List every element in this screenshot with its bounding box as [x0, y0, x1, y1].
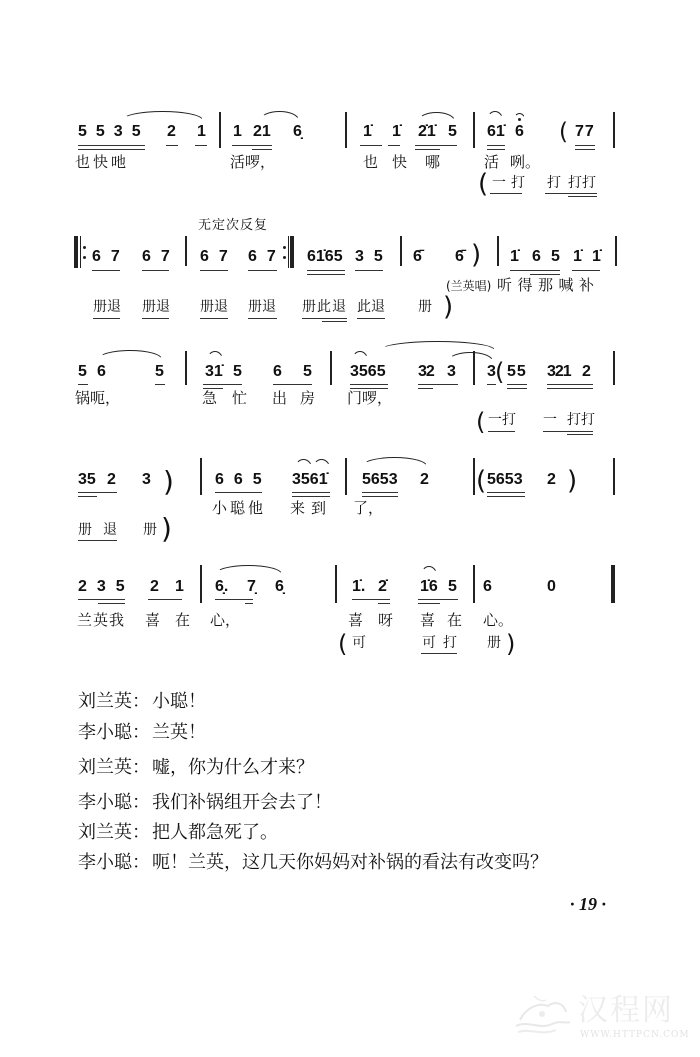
beam-line [203, 384, 242, 385]
beam-line [215, 492, 262, 493]
barline [185, 236, 187, 266]
beam-line [155, 384, 165, 385]
barline [613, 351, 615, 385]
beam-line [248, 318, 277, 319]
beam-line [418, 384, 458, 385]
percussion-syllable: 册此退 [302, 299, 347, 315]
lyric-syllable: 活啰， [230, 154, 275, 170]
beam-line [322, 321, 347, 322]
beam-line [232, 145, 272, 146]
beam-line [575, 145, 595, 146]
note-group: 1 [175, 579, 184, 595]
beam-line [200, 318, 228, 319]
note-group: 3561̇ [292, 472, 328, 488]
note-group: 6 [532, 249, 541, 265]
percussion-syllable: 退 [103, 522, 117, 538]
percussion-syllable: 可 [422, 635, 436, 651]
beam-line [273, 384, 312, 385]
barline [473, 112, 475, 148]
beam-line [357, 318, 385, 319]
note-group: 5 [233, 364, 242, 380]
repeat-dot-icon [283, 246, 286, 249]
note-group: 67 [92, 249, 130, 265]
singer-note: (兰英唱) [446, 279, 491, 293]
speaker-name: 刘兰英： [78, 823, 150, 843]
fermata-dot-icon [518, 118, 521, 121]
note-group: 5 [448, 124, 457, 140]
beam-line [215, 599, 253, 600]
beam-line [78, 540, 117, 541]
percussion-syllable: 册 [143, 522, 157, 538]
note-group: 2 [150, 579, 159, 595]
percussion-syllable: 可 [352, 635, 366, 651]
note-group: 1 [233, 124, 242, 140]
note-group: 2̇ [378, 579, 387, 595]
beam-line [252, 149, 272, 150]
barline [497, 236, 499, 266]
lyric-syllable: 也 [363, 154, 378, 170]
watermark-logo-icon [512, 990, 572, 1040]
beam-line [350, 384, 388, 385]
percussion-syllable: 册 [78, 522, 92, 538]
beam-line [418, 388, 433, 389]
note-group: 321 [547, 364, 571, 380]
slur-arc [380, 341, 495, 350]
beam-line [355, 270, 383, 271]
beam-line [490, 193, 522, 194]
note-group: 2 [107, 472, 116, 488]
beam-line [507, 384, 527, 385]
beam-line [307, 270, 345, 271]
barline [345, 112, 347, 148]
note-group: 2 [547, 472, 556, 488]
beam-line [78, 145, 145, 146]
open-paren: ( [495, 360, 504, 384]
note-group: 6 [483, 579, 492, 595]
note-group: 5653 [362, 472, 398, 488]
beam-line [245, 603, 253, 604]
lyric-syllable: 了， [353, 500, 383, 516]
beam-line [78, 496, 97, 497]
beam-line [166, 145, 178, 146]
note-group: 5 [155, 364, 164, 380]
beam-line [352, 599, 390, 600]
beam-line [142, 270, 169, 271]
barline [200, 565, 202, 603]
beam-line [302, 318, 347, 319]
open-paren: ( [338, 632, 347, 656]
note-group: 5535 [78, 124, 150, 140]
beam-line [487, 145, 505, 146]
beam-line [568, 196, 597, 197]
note-group: 3565 [350, 364, 386, 380]
close-paren: ) [567, 468, 577, 494]
note-group: 1̇ [363, 124, 372, 140]
beam-line [418, 603, 440, 604]
slur-arc [352, 351, 368, 360]
percussion-syllable: 一 [492, 175, 506, 191]
repeat-start-barline [74, 236, 78, 268]
dialogue-text: 把人都急死了。 [152, 823, 278, 843]
repeat-annotation: 无定次反复 [198, 219, 268, 233]
beam-line [307, 274, 345, 275]
lyric-syllable: 哪 [425, 154, 440, 170]
lyric-syllable: 呀 [378, 612, 393, 628]
note-group: 5 [303, 364, 312, 380]
percussion-syllable: 册 [487, 635, 501, 651]
repeat-start-barline [80, 236, 81, 268]
note-group: 6 [515, 124, 524, 140]
beam-line [93, 318, 120, 319]
beam-line [487, 149, 505, 150]
close-paren: ) [443, 294, 453, 320]
note-group: 21 [253, 124, 271, 140]
lyric-syllable: 在 [447, 612, 462, 628]
slur-arc [295, 459, 312, 468]
beam-line [292, 496, 330, 497]
lyric-syllable: 在 [175, 612, 190, 628]
close-paren: ) [163, 468, 174, 496]
note-group: 61̇65 [307, 249, 343, 265]
note-group: 35 [355, 249, 393, 265]
lyric-syllable: 快 [392, 154, 407, 170]
dialogue-text: 呃！兰英，这几天你妈妈对补锅的看法有改变吗？ [152, 853, 548, 873]
lyric-syllable: 心， [210, 612, 240, 628]
slur-arc [418, 112, 455, 121]
repeat-dot-icon [83, 256, 86, 259]
note-group: 32 [418, 364, 434, 380]
beam-line [362, 496, 398, 497]
percussion-syllable: 册退 [142, 299, 170, 315]
note-group: 67 [248, 249, 286, 265]
note-group: 5653 [487, 472, 523, 488]
dialogue-text: 我们补锅组开会去了！ [152, 793, 332, 813]
note-group: 35 [78, 472, 96, 488]
lyric-syllable: 房 [300, 390, 315, 406]
percussion-syllable: 打打 [567, 412, 595, 428]
lyric-syllable: 喜 [348, 612, 363, 628]
open-paren: ( [478, 171, 488, 197]
beam-line [378, 603, 390, 604]
barline [200, 458, 202, 495]
open-paren: ( [476, 468, 486, 494]
barline [613, 458, 615, 495]
note-group: 5 [78, 364, 87, 380]
beam-line [547, 384, 593, 385]
note-group: 31̇ [205, 364, 223, 380]
beam-line [148, 599, 182, 600]
beam-line [545, 193, 597, 194]
speaker-name: 李小聪： [78, 853, 150, 873]
open-paren: ( [476, 410, 485, 434]
beam-line [487, 492, 525, 493]
lyric-syllable: 门啰， [347, 390, 392, 406]
beam-line [572, 270, 600, 271]
lyric-syllable: 兰英我 [77, 612, 125, 628]
beam-line [92, 270, 120, 271]
scanned-page: 5535 2 1 1 21 6̣ 1̇ 1̇ 2̇1̇ 5 61̇ 6 ( 77 [0, 0, 700, 1057]
close-paren: ) [471, 242, 481, 268]
barline [615, 236, 617, 266]
percussion-syllable: 打 [547, 175, 561, 191]
note-group: 6̄ [413, 249, 422, 265]
note-group: 61̇ [487, 124, 505, 140]
open-paren: ( [559, 121, 568, 144]
watermark-name: 汉程网 [578, 996, 674, 1026]
slur-arc [313, 459, 330, 468]
lyric-syllable: 小聪他 [212, 500, 266, 516]
beam-line [487, 384, 496, 385]
beam-line [78, 599, 125, 600]
beam-line [507, 388, 527, 389]
close-paren: ) [161, 515, 172, 543]
note-group: 235 [78, 579, 135, 595]
beam-line [575, 149, 595, 150]
barline [185, 351, 187, 385]
slur-arc [122, 111, 203, 120]
repeat-dot-icon [83, 246, 86, 249]
barline [473, 565, 475, 603]
lyric-syllable: 心。 [483, 612, 513, 628]
note-group: 67 [200, 249, 238, 265]
note-group: 6 [97, 364, 106, 380]
slur-arc [421, 566, 437, 575]
repeat-end-barline [288, 236, 289, 268]
beam-line [78, 149, 145, 150]
note-group: 2 [582, 364, 591, 380]
speaker-name: 李小聪： [78, 723, 150, 743]
note-group: 1̇6 [420, 579, 438, 595]
slur-arc [362, 457, 427, 466]
repeat-dot-icon [283, 256, 286, 259]
note-group: 0 [547, 579, 556, 595]
slur-arc [98, 350, 162, 359]
percussion-syllable: 一打 [488, 412, 516, 428]
beam-line [362, 492, 398, 493]
beam-line [98, 603, 125, 604]
beam-line [360, 145, 382, 146]
percussion-syllable: 此退 [357, 299, 385, 315]
beam-line [78, 384, 88, 385]
beam-line [415, 145, 457, 146]
lyric-syllable: 喜 [145, 612, 160, 628]
beam-line [421, 653, 457, 654]
lyric-syllable: 也快吔 [75, 154, 129, 170]
note-group: 1̇ [573, 249, 582, 265]
percussion-syllable: 册退 [200, 299, 228, 315]
note-group: 665 [215, 472, 272, 488]
note-group: 6̄ [455, 249, 464, 265]
beam-line [543, 431, 593, 432]
note-group: 2̇1̇ [418, 124, 436, 140]
final-barline [611, 565, 615, 603]
note-group: 5 [448, 579, 457, 595]
note-group: 6̣ [275, 579, 284, 595]
percussion-syllable: 打 [511, 175, 525, 191]
note-group: 1 [197, 124, 206, 140]
beam-line [567, 434, 593, 435]
note-group: 1̇. [352, 579, 365, 595]
lyric-syllable: 出 [272, 390, 287, 406]
percussion-syllable: 打打 [568, 175, 596, 191]
barline [473, 351, 475, 385]
slur-arc [448, 352, 493, 361]
note-group: 5 [551, 249, 560, 265]
beam-line [547, 388, 593, 389]
dialogue-text: 小聪！ [152, 692, 206, 712]
lyric-syllable: 来到 [290, 500, 332, 516]
speaker-name: 刘兰英： [78, 758, 150, 778]
percussion-syllable: 打 [443, 635, 457, 651]
slur-arc [207, 351, 223, 360]
beam-line [200, 270, 228, 271]
dialogue-text: 嘘，你为什么才来？ [152, 758, 314, 778]
percussion-syllable: 册退 [248, 299, 276, 315]
note-group: 6̣. [215, 579, 228, 595]
percussion-syllable: 一 [543, 412, 557, 428]
beam-line [388, 145, 400, 146]
beam-line [415, 149, 440, 150]
lyric-syllable: 急 [202, 390, 217, 406]
note-group: 3 [142, 472, 151, 488]
note-group: 67 [142, 249, 180, 265]
note-group: 77 [575, 124, 595, 140]
beam-line [142, 318, 169, 319]
note-group: 1̇ [592, 249, 601, 265]
lyric-syllable: 咧。 [510, 154, 540, 170]
barline [335, 565, 337, 603]
barline [613, 112, 615, 148]
repeat-end-barline [290, 236, 294, 268]
beam-line [418, 599, 458, 600]
beam-line [78, 492, 117, 493]
dialogue-text: 兰英！ [152, 723, 206, 743]
speaker-name: 刘兰英： [78, 692, 150, 712]
note-group: 2 [420, 472, 429, 488]
speaker-name: 李小聪： [78, 793, 150, 813]
barline [400, 236, 402, 266]
beam-line [248, 270, 277, 271]
note-group: 3 [447, 364, 456, 380]
note-group: 6 [273, 364, 282, 380]
barline [473, 458, 475, 495]
lyric-syllable: 听得那喊补 [497, 277, 600, 293]
barline [345, 458, 347, 495]
barline [330, 351, 332, 385]
slur-arc [487, 111, 503, 120]
beam-line [488, 431, 515, 432]
note-group: 1̇ [510, 249, 519, 265]
note-group: 2 [167, 124, 176, 140]
note-group: 6̣ [293, 124, 302, 140]
lyric-syllable: 喜 [420, 612, 435, 628]
slur-arc [260, 111, 299, 120]
watermark-url: WWW.HTTPCN.COM [580, 1030, 690, 1040]
barline [219, 112, 221, 148]
beam-line [530, 274, 560, 275]
slur-arc [215, 565, 282, 574]
note-group: 7̣ [247, 579, 256, 595]
lyric-syllable: 活 [484, 154, 499, 170]
percussion-syllable: 册 [418, 299, 432, 315]
note-group: 55 [507, 364, 527, 380]
page-number: · 19 · [570, 894, 606, 915]
note-group: 1̇ [392, 124, 401, 140]
percussion-syllable: 册退 [93, 299, 121, 315]
close-paren: ) [506, 632, 515, 656]
beam-line [510, 270, 560, 271]
lyric-syllable: 锅呃， [75, 390, 120, 406]
lyric-syllable: 忙 [232, 390, 247, 406]
beam-line [292, 492, 330, 493]
beam-line [487, 496, 525, 497]
beam-line [195, 145, 207, 146]
